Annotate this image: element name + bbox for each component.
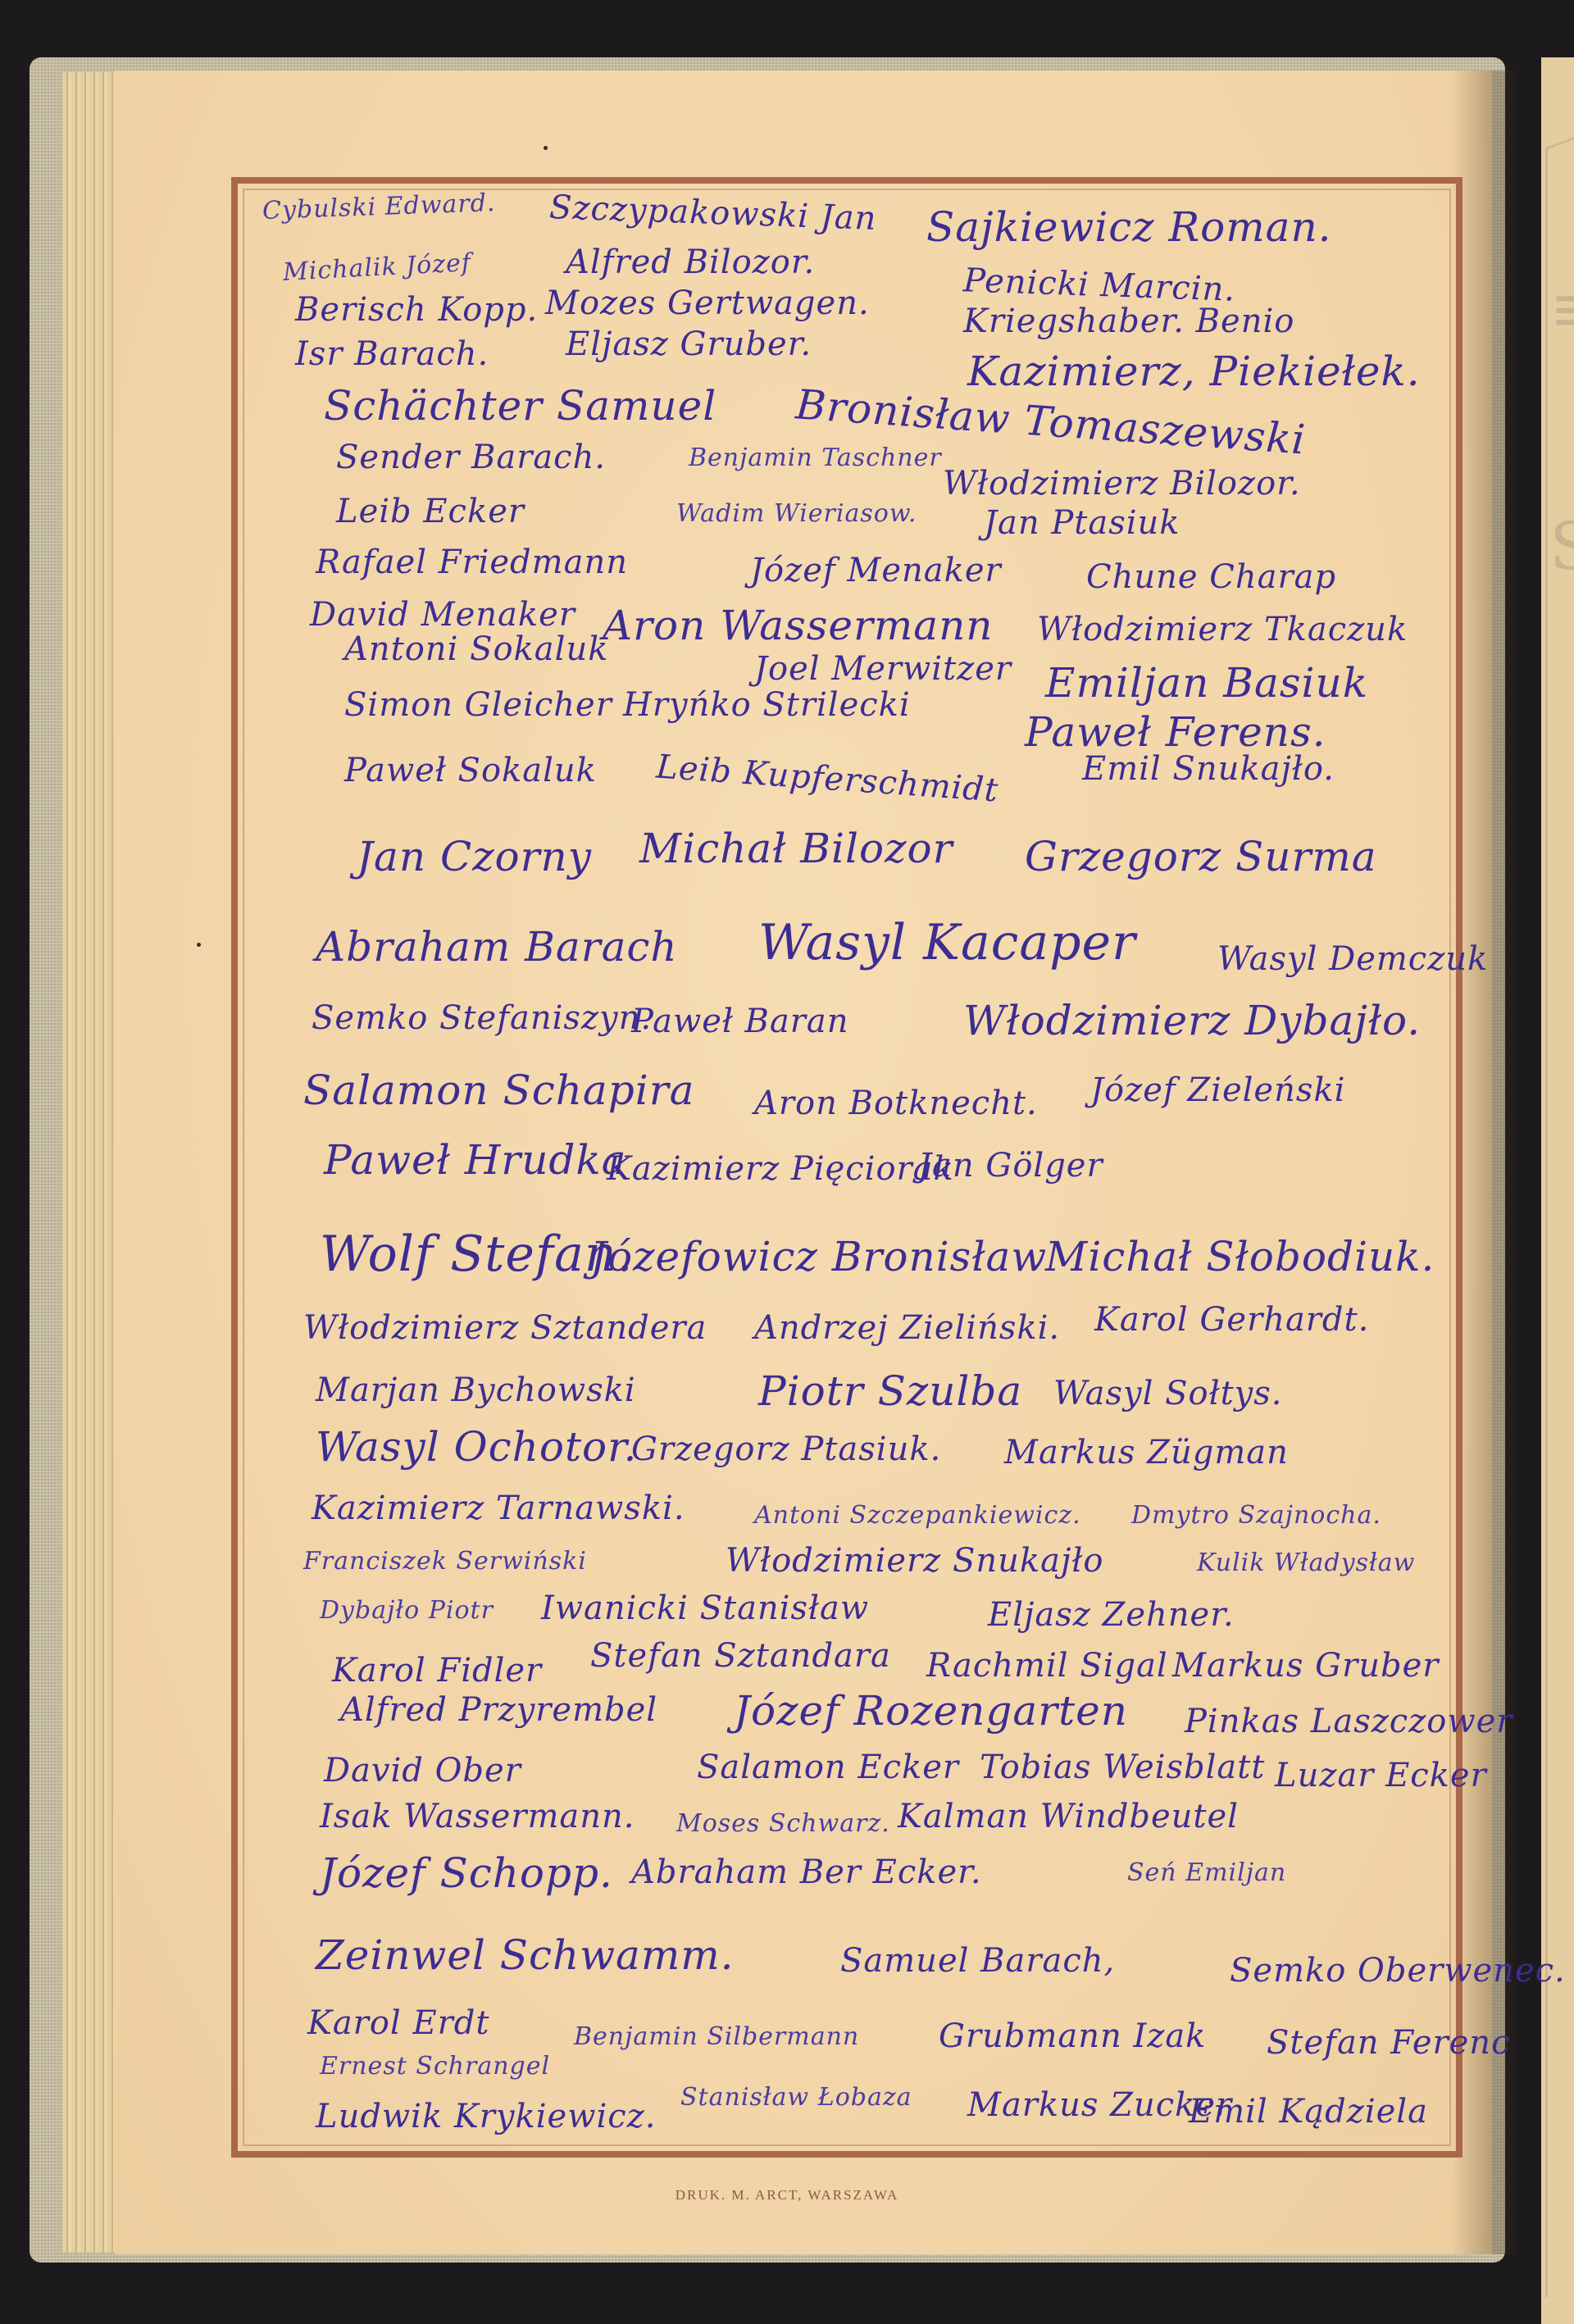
signature: Berisch Kopp. — [295, 293, 538, 326]
signature: Schächter Samuel — [324, 385, 716, 426]
signature: Wasyl Kacaper — [758, 918, 1136, 967]
signature: Mozes Gertwagen. — [545, 287, 870, 320]
signature: Pinkas Laszczower — [1185, 1705, 1513, 1738]
signature: Michał Słobodiuk. — [1045, 1236, 1435, 1277]
signature: Kazimierz Pięciorak — [607, 1153, 954, 1185]
signature: Włodzimierz Snukajło — [726, 1544, 1103, 1577]
signature: Grzegorz Surma — [1025, 836, 1377, 877]
signature: Włodzimierz Bilozor. — [943, 467, 1301, 500]
signature: Alfred Przyrembel — [340, 1694, 657, 1726]
signature: Stanisław Łobaza — [680, 2085, 912, 2110]
signature: Wadim Wieriasow. — [676, 502, 917, 526]
signature: Emil Snukajło. — [1082, 753, 1335, 785]
signature: Abraham Barach — [316, 926, 678, 967]
signature: Rachmil Sigal — [926, 1649, 1168, 1682]
signature: Józefowicz Bronisław — [590, 1236, 1047, 1277]
signature: Simon Gleicher — [344, 689, 612, 721]
signature: Joel Merwitzer — [754, 653, 1012, 685]
signature: Luzar Ecker — [1275, 1759, 1487, 1792]
signature: Wasyl Demczuk — [1217, 943, 1488, 976]
signature: Paweł Sokaluk — [344, 754, 597, 787]
signature: David Ober — [324, 1754, 521, 1787]
signature: Ernest Schrangel — [320, 2054, 550, 2079]
signature: Grubmann Izak — [939, 2020, 1206, 2053]
signature: Karol Erdt — [307, 2007, 489, 2040]
printer-imprint: DRUK. M. ARCT, WARSZAWA — [0, 2187, 1574, 2203]
signature: Jan Gölger — [918, 1149, 1103, 1182]
signature: Wasyl Ochotor. — [316, 1426, 637, 1467]
signature: Włodzimierz Dybajło. — [963, 1000, 1421, 1041]
signature: Ludwik Krykiewicz. — [316, 2100, 656, 2133]
signature: Karol Fidler — [332, 1654, 542, 1687]
signature: Józef Schopp. — [320, 1853, 613, 1894]
signature: Paweł Hrudka — [324, 1139, 627, 1180]
signature: Benjamin Taschner — [689, 446, 942, 471]
signature: Isak Wassermann. — [320, 1800, 635, 1833]
signature: Chune Charap — [1086, 561, 1336, 594]
signature: Kazimierz Tarnawski. — [312, 1492, 685, 1525]
facing-page-print-fragment: S — [1549, 508, 1574, 584]
signature: Alfred Bilozor. — [566, 246, 815, 279]
signature: Penicki Marcin. — [962, 264, 1235, 307]
signature: Antoni Szczepankiewicz. — [754, 1503, 1081, 1528]
signature: Franciszek Serwiński — [303, 1549, 587, 1574]
signature: Isr Barach. — [295, 338, 489, 371]
signature: Hryńko Strilecki — [623, 689, 911, 721]
signature: Semko Oberwenec. — [1230, 1954, 1566, 1987]
signature: Wolf Stefan. — [320, 1230, 634, 1279]
signature: Stefan Sztandara — [590, 1640, 891, 1672]
signature: Aron Botknecht. — [754, 1087, 1038, 1120]
signature: Jan Czorny — [357, 836, 592, 877]
signature: Eljasz Zehner. — [988, 1599, 1235, 1631]
signature: Zeinwel Schwamm. — [316, 1935, 735, 1976]
signature: Emiljan Basiuk — [1045, 662, 1368, 703]
signature: Józef Menaker — [750, 554, 1002, 587]
signature: Samuel Barach, — [840, 1944, 1115, 1977]
signature: Tobias Weisblatt — [980, 1751, 1265, 1784]
signature: Dybajło Piotr — [320, 1599, 494, 1623]
signature: Józef Rozengarten — [734, 1690, 1128, 1731]
paper-speck — [197, 943, 201, 947]
signature: Sender Barach. — [336, 441, 606, 474]
signature: Kriegshaber. Benio — [963, 305, 1294, 338]
signature: Józef Zieleński — [1090, 1074, 1345, 1107]
signature: Dmytro Szajnocha. — [1131, 1503, 1381, 1528]
signature: Aron Wassermann — [603, 605, 994, 646]
page-edges-stack — [62, 72, 120, 2253]
signature: Kulik Władysław — [1197, 1551, 1415, 1576]
paper-speck — [544, 146, 548, 150]
signature: Seń Emiljan — [1127, 1861, 1286, 1885]
signature: Stefan Ferenc — [1267, 2026, 1510, 2059]
signature: Markus Zügman — [1004, 1436, 1289, 1469]
signature: Paweł Ferens. — [1025, 712, 1326, 753]
signature: Kalman Windbeutel — [898, 1800, 1239, 1833]
signature: Emil Kądziela — [1189, 2095, 1428, 2128]
signature: Rafael Friedmann — [316, 546, 628, 579]
signature: Salamon Schapira — [303, 1070, 694, 1111]
signature: Jan Ptasiuk — [984, 507, 1180, 539]
signature: Sajkiewicz Roman. — [926, 207, 1332, 248]
signature: Włodzimierz Sztandera — [303, 1312, 707, 1344]
signature: Leib Ecker — [336, 495, 525, 528]
signature: Semko Stefaniszyn. — [312, 1002, 652, 1035]
signature: Andrzej Zieliński. — [754, 1312, 1060, 1344]
signature: Paweł Baran — [631, 1005, 849, 1038]
signature: Benjamin Silbermann — [574, 2025, 859, 2049]
signature: Antoni Sokaluk — [344, 633, 608, 666]
signature: Moses Schwarz. — [676, 1812, 890, 1836]
signature: Kazimierz, Piekiełek. — [967, 351, 1421, 392]
signature: Michał Bilozor — [639, 828, 953, 869]
signature: Grzegorz Ptasiuk. — [631, 1433, 941, 1466]
signature: Karol Gerhardt. — [1094, 1303, 1369, 1336]
signature: Wasyl Sołtys. — [1053, 1377, 1282, 1410]
signature: Marjan Bychowski — [316, 1374, 636, 1407]
signature: Włodzimierz Tkaczuk — [1037, 613, 1408, 646]
facing-page-print-fragment: ≡ — [1549, 271, 1574, 347]
signature: Salamon Ecker — [697, 1751, 959, 1784]
signature: Piotr Szulba — [758, 1371, 1022, 1412]
signature: Abraham Ber Ecker. — [631, 1856, 982, 1889]
signature: Eljasz Gruber. — [566, 328, 812, 361]
signature: Markus Gruber — [1172, 1649, 1439, 1682]
signature: Iwanicki Stanisław — [541, 1592, 869, 1625]
signature: David Menaker — [310, 598, 575, 631]
